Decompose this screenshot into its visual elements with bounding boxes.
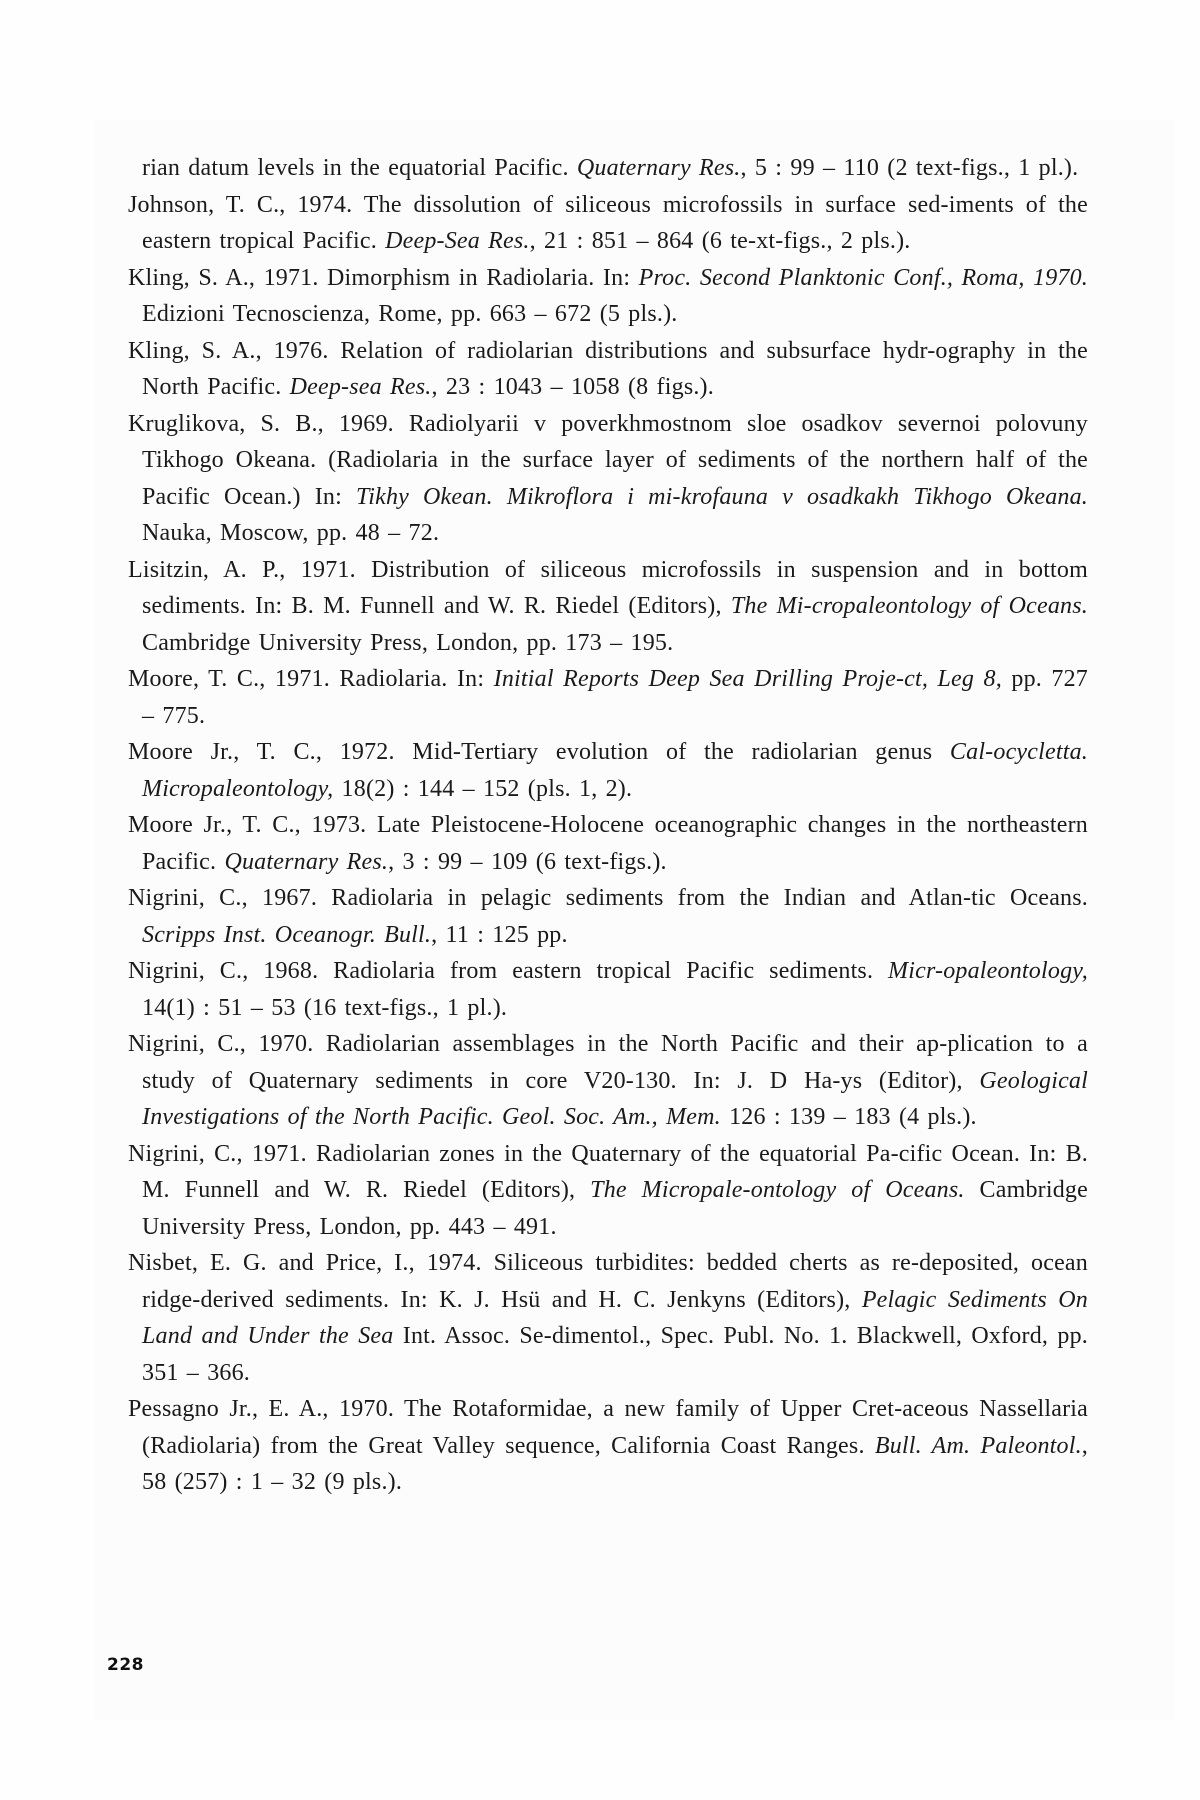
reference-entry: Kruglikova, S. B., 1969. Radiolyarii v p… [128,406,1088,552]
reference-entry: Kling, S. A., 1976. Relation of radiolar… [128,333,1088,406]
reference-title-italic: Micr-opaleontology, [888,958,1088,984]
reference-title-italic: Deep-sea Res. [290,374,432,400]
reference-entry: Nigrini, C., 1970. Radiolarian assemblag… [128,1026,1088,1136]
reference-text: 18(2) : 144 – 152 (pls. 1, 2). [333,776,632,802]
reference-title-italic: Initial Reports Deep Sea Drilling Proje-… [494,666,1002,692]
reference-text: rian datum levels in the equatorial Paci… [142,155,577,181]
reference-text: Nigrini, C., 1967. Radiolaria in pelagic… [128,885,1088,911]
reference-text: Cambridge University Press, London, pp. … [142,630,673,656]
reference-title-italic: Quaternary Res. [577,155,741,181]
reference-text: Kling, S. A., 1971. Dimorphism in Radiol… [128,265,639,291]
reference-entry: Moore, T. C., 1971. Radiolaria. In: Init… [128,661,1088,734]
reference-text: , 23 : 1043 – 1058 (8 figs.). [432,374,714,400]
reference-continuation: rian datum levels in the equatorial Paci… [128,150,1088,187]
reference-list: rian datum levels in the equatorial Paci… [128,150,1088,1501]
reference-entry: Kling, S. A., 1971. Dimorphism in Radiol… [128,260,1088,333]
reference-text: 14(1) : 51 – 53 (16 text-figs., 1 pl.). [142,995,507,1021]
reference-title-italic: Quaternary Res. [224,849,388,875]
reference-entry: Moore Jr., T. C., 1972. Mid-Tertiary evo… [128,734,1088,807]
reference-entry: Nisbet, E. G. and Price, I., 1974. Silic… [128,1245,1088,1391]
reference-entry: Nigrini, C., 1968. Radiolaria from easte… [128,953,1088,1026]
reference-entry: Nigrini, C., 1967. Radiolaria in pelagic… [128,880,1088,953]
reference-text: , 3 : 99 – 109 (6 text-figs.). [388,849,667,875]
reference-title-italic: The Mi-cropaleontology of Oceans. [731,593,1088,619]
reference-entry: Nigrini, C., 1971. Radiolarian zones in … [128,1136,1088,1246]
reference-entry: Johnson, T. C., 1974. The dissolution of… [128,187,1088,260]
reference-text: , 21 : 851 – 864 (6 te-xt-figs., 2 pls.)… [530,228,911,254]
reference-text: , 5 : 99 – 110 (2 text-figs., 1 pl.). [741,155,1079,181]
reference-text: Edizioni Tecnoscienza, Rome, pp. 663 – 6… [142,301,678,327]
reference-entry: Moore Jr., T. C., 1973. Late Pleistocene… [128,807,1088,880]
reference-title-italic: Bull. Am. Paleontol. [875,1433,1082,1459]
reference-text: Moore Jr., T. C., 1972. Mid-Tertiary evo… [128,739,950,765]
reference-title-italic: Tikhy Okean. Mikroflora i mi-krofauna v … [356,484,1088,510]
reference-title-italic: Proc. Second Planktonic Conf., Roma, 197… [639,265,1088,291]
reference-title-italic: The Micropale-ontology of Oceans. [590,1177,964,1203]
reference-text: Nigrini, C., 1968. Radiolaria from easte… [128,958,888,984]
reference-title-italic: Deep-Sea Res. [385,228,530,254]
reference-title-italic: Scripps Inst. Oceanogr. Bull. [142,922,431,948]
reference-text: Nauka, Moscow, pp. 48 – 72. [142,520,439,546]
reference-entry: Pessagno Jr., E. A., 1970. The Rotaformi… [128,1391,1088,1501]
reference-entry: Lisitzin, A. P., 1971. Distribution of s… [128,552,1088,662]
reference-text: Moore, T. C., 1971. Radiolaria. In: [128,666,494,692]
reference-text: 126 : 139 – 183 (4 pls.). [721,1104,977,1130]
reference-text: , 11 : 125 pp. [431,922,568,948]
reference-text: Nigrini, C., 1970. Radiolarian assemblag… [128,1031,1088,1094]
page-number: 228 [107,1655,144,1675]
